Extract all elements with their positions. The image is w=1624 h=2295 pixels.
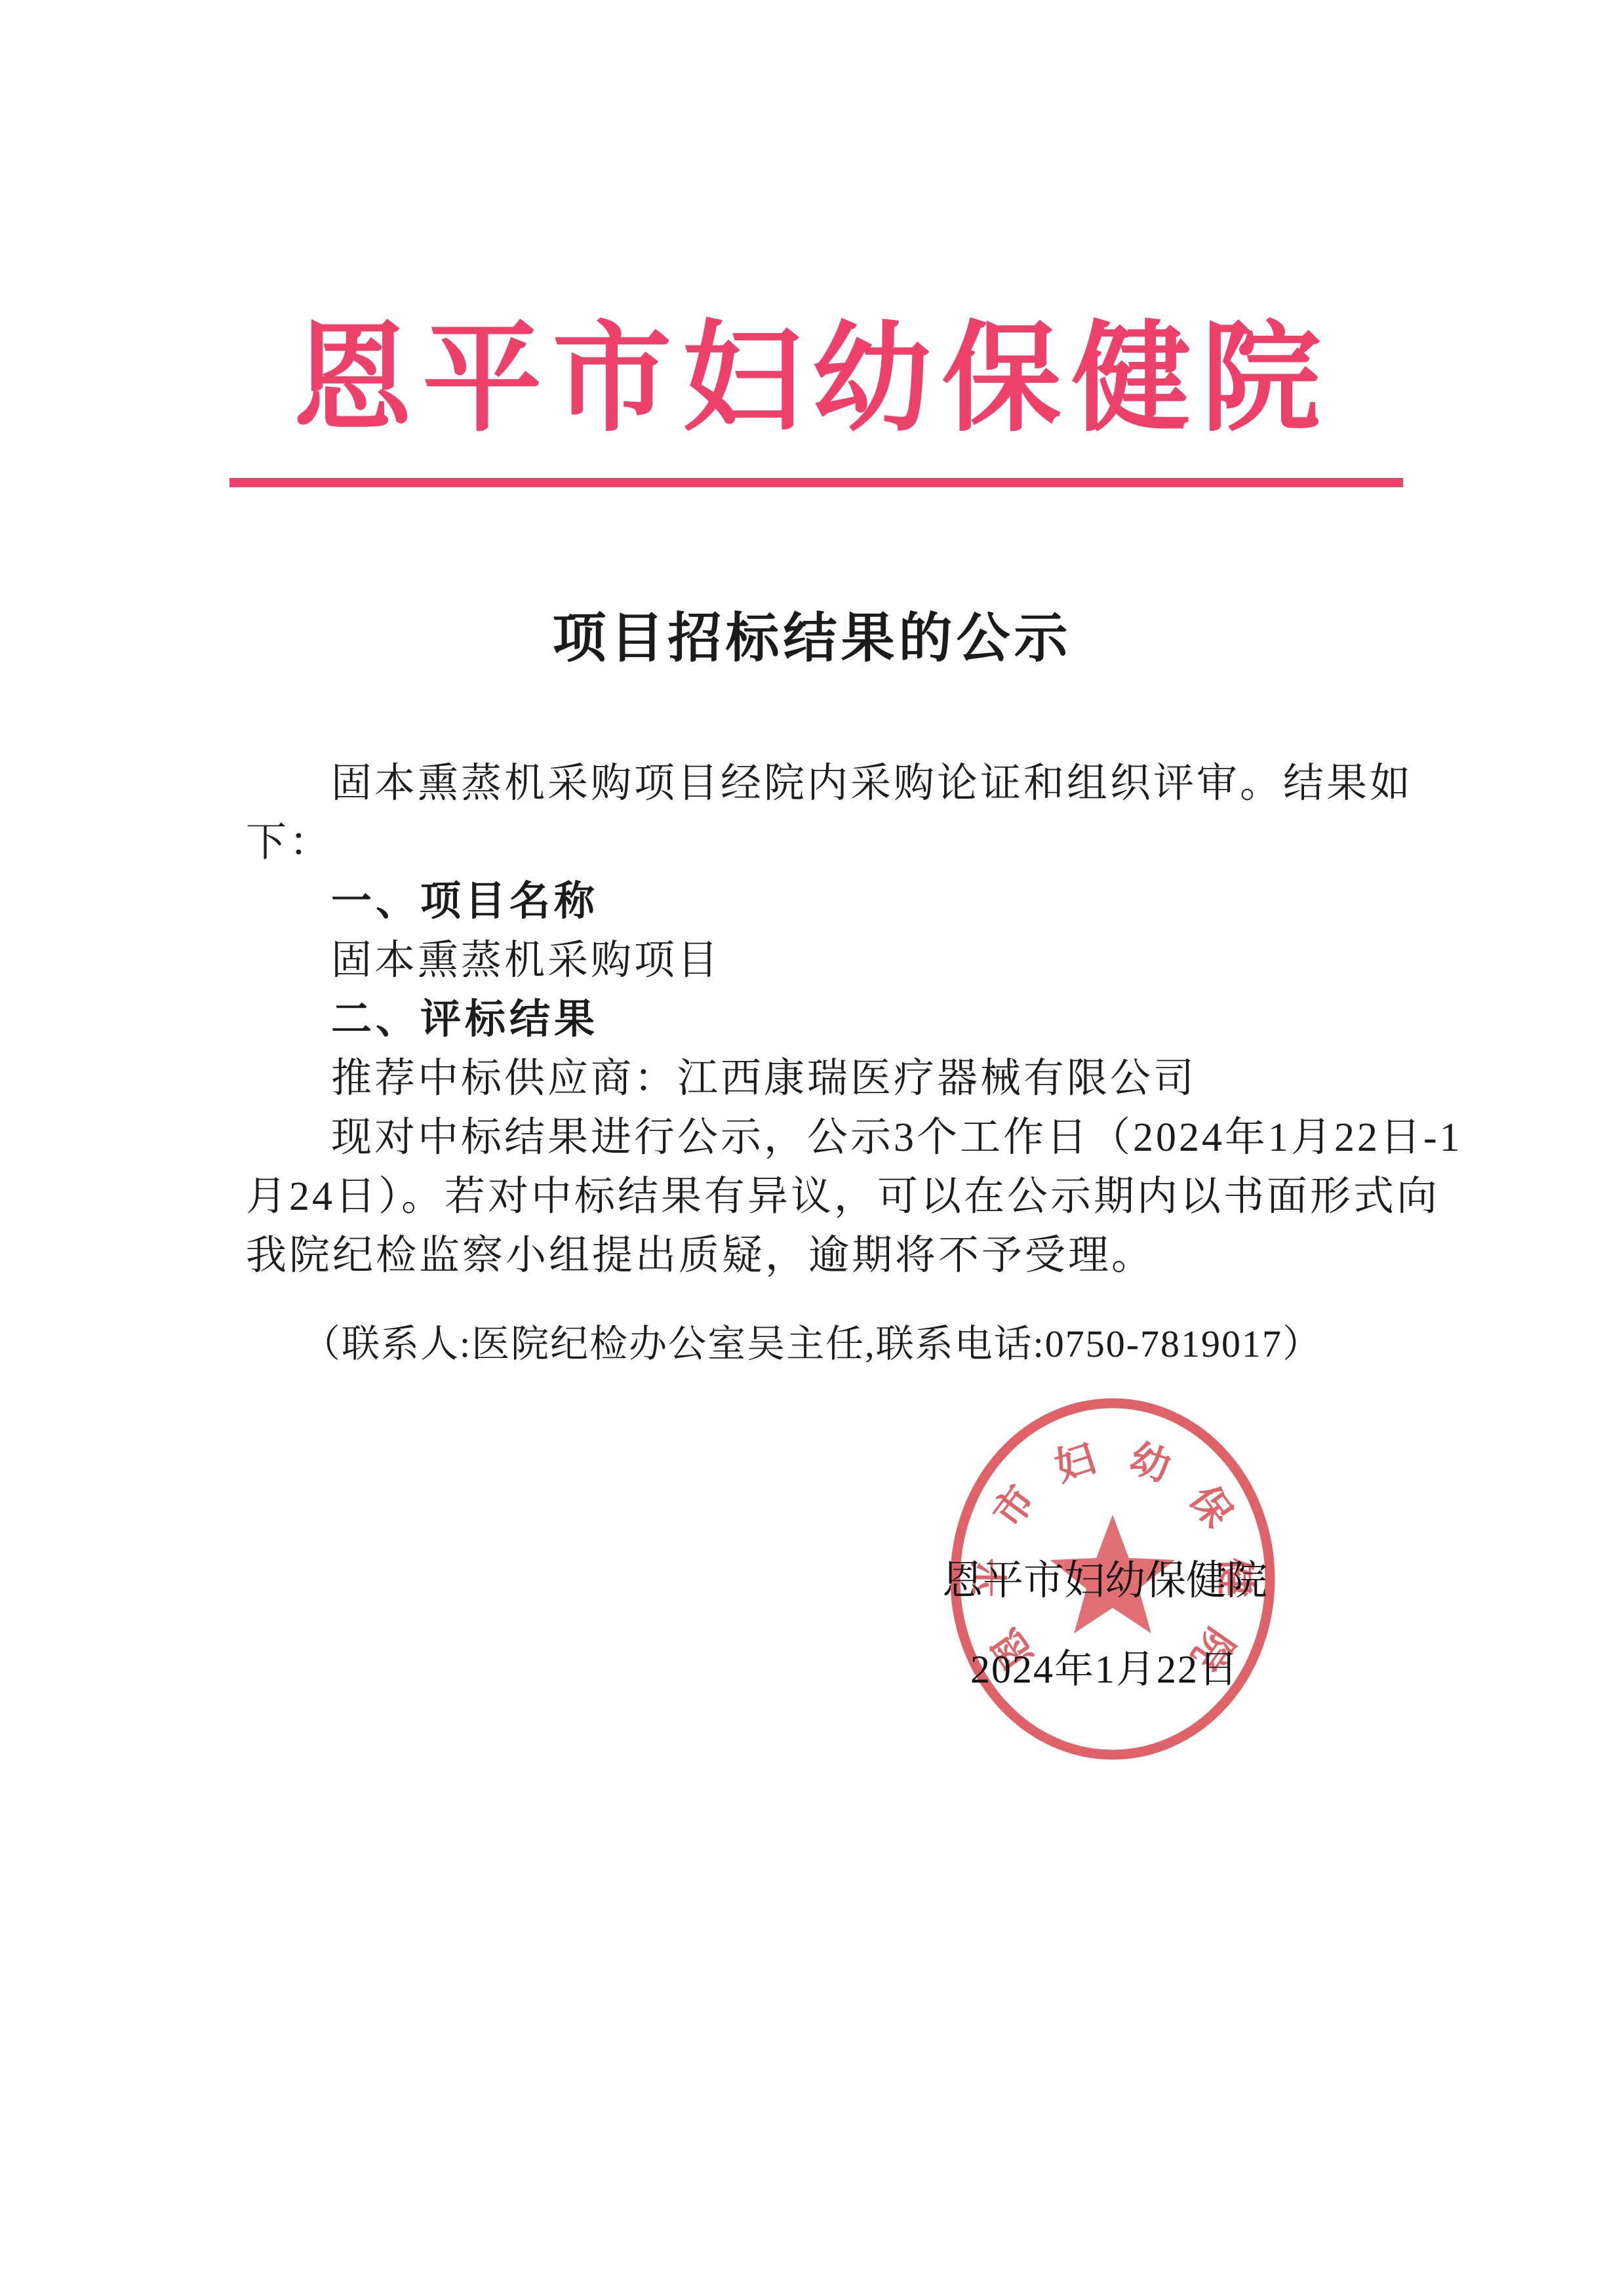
seal-arc-char: 妇: [1050, 1436, 1100, 1489]
document-body: 固本熏蒸机采购项目经院内采购论证和组织评审。结果如 下： 一、项目名称 固本熏蒸…: [246, 754, 1387, 1285]
seal-arc-char: 幼: [1125, 1436, 1176, 1489]
seal-arc-char: 保: [1181, 1478, 1240, 1535]
letterhead-hospital-name: 恩平市妇幼保健院: [0, 283, 1624, 454]
section1-heading: 一、项目名称: [246, 872, 1387, 931]
notice-line-1: 现对中标结果进行公示，公示3个工作日（2024年1月22日-1: [246, 1108, 1387, 1167]
intro-line-2: 下：: [246, 813, 1387, 872]
signature-org-name: 恩平市妇幼保健院: [915, 1547, 1295, 1606]
section2-heading: 二、评标结果: [246, 990, 1387, 1049]
seal-arc-char: 市: [985, 1478, 1044, 1535]
document-page: 恩平市妇幼保健院 项目招标结果的公示 固本熏蒸机采购项目经院内采购论证和组织评审…: [0, 0, 1624, 2295]
document-title: 项目招标结果的公示: [0, 595, 1624, 672]
signature-date: 2024年1月22日: [915, 1638, 1295, 1694]
notice-line-2: 月24日）。若对中标结果有异议，可以在公示期内以书面形式向: [246, 1167, 1387, 1226]
intro-line-1: 固本熏蒸机采购项目经院内采购论证和组织评审。结果如: [246, 754, 1387, 813]
section2-content: 推荐中标供应商：江西康瑞医疗器械有限公司: [246, 1049, 1387, 1108]
letterhead-divider: [229, 478, 1403, 487]
notice-line-3: 我院纪检监察小组提出质疑，逾期将不予受理。: [246, 1226, 1387, 1285]
section1-content: 固本熏蒸机采购项目: [246, 931, 1387, 990]
contact-line: （联系人:医院纪检办公室吴主任,联系电话:0750-7819017）: [0, 1313, 1624, 1368]
